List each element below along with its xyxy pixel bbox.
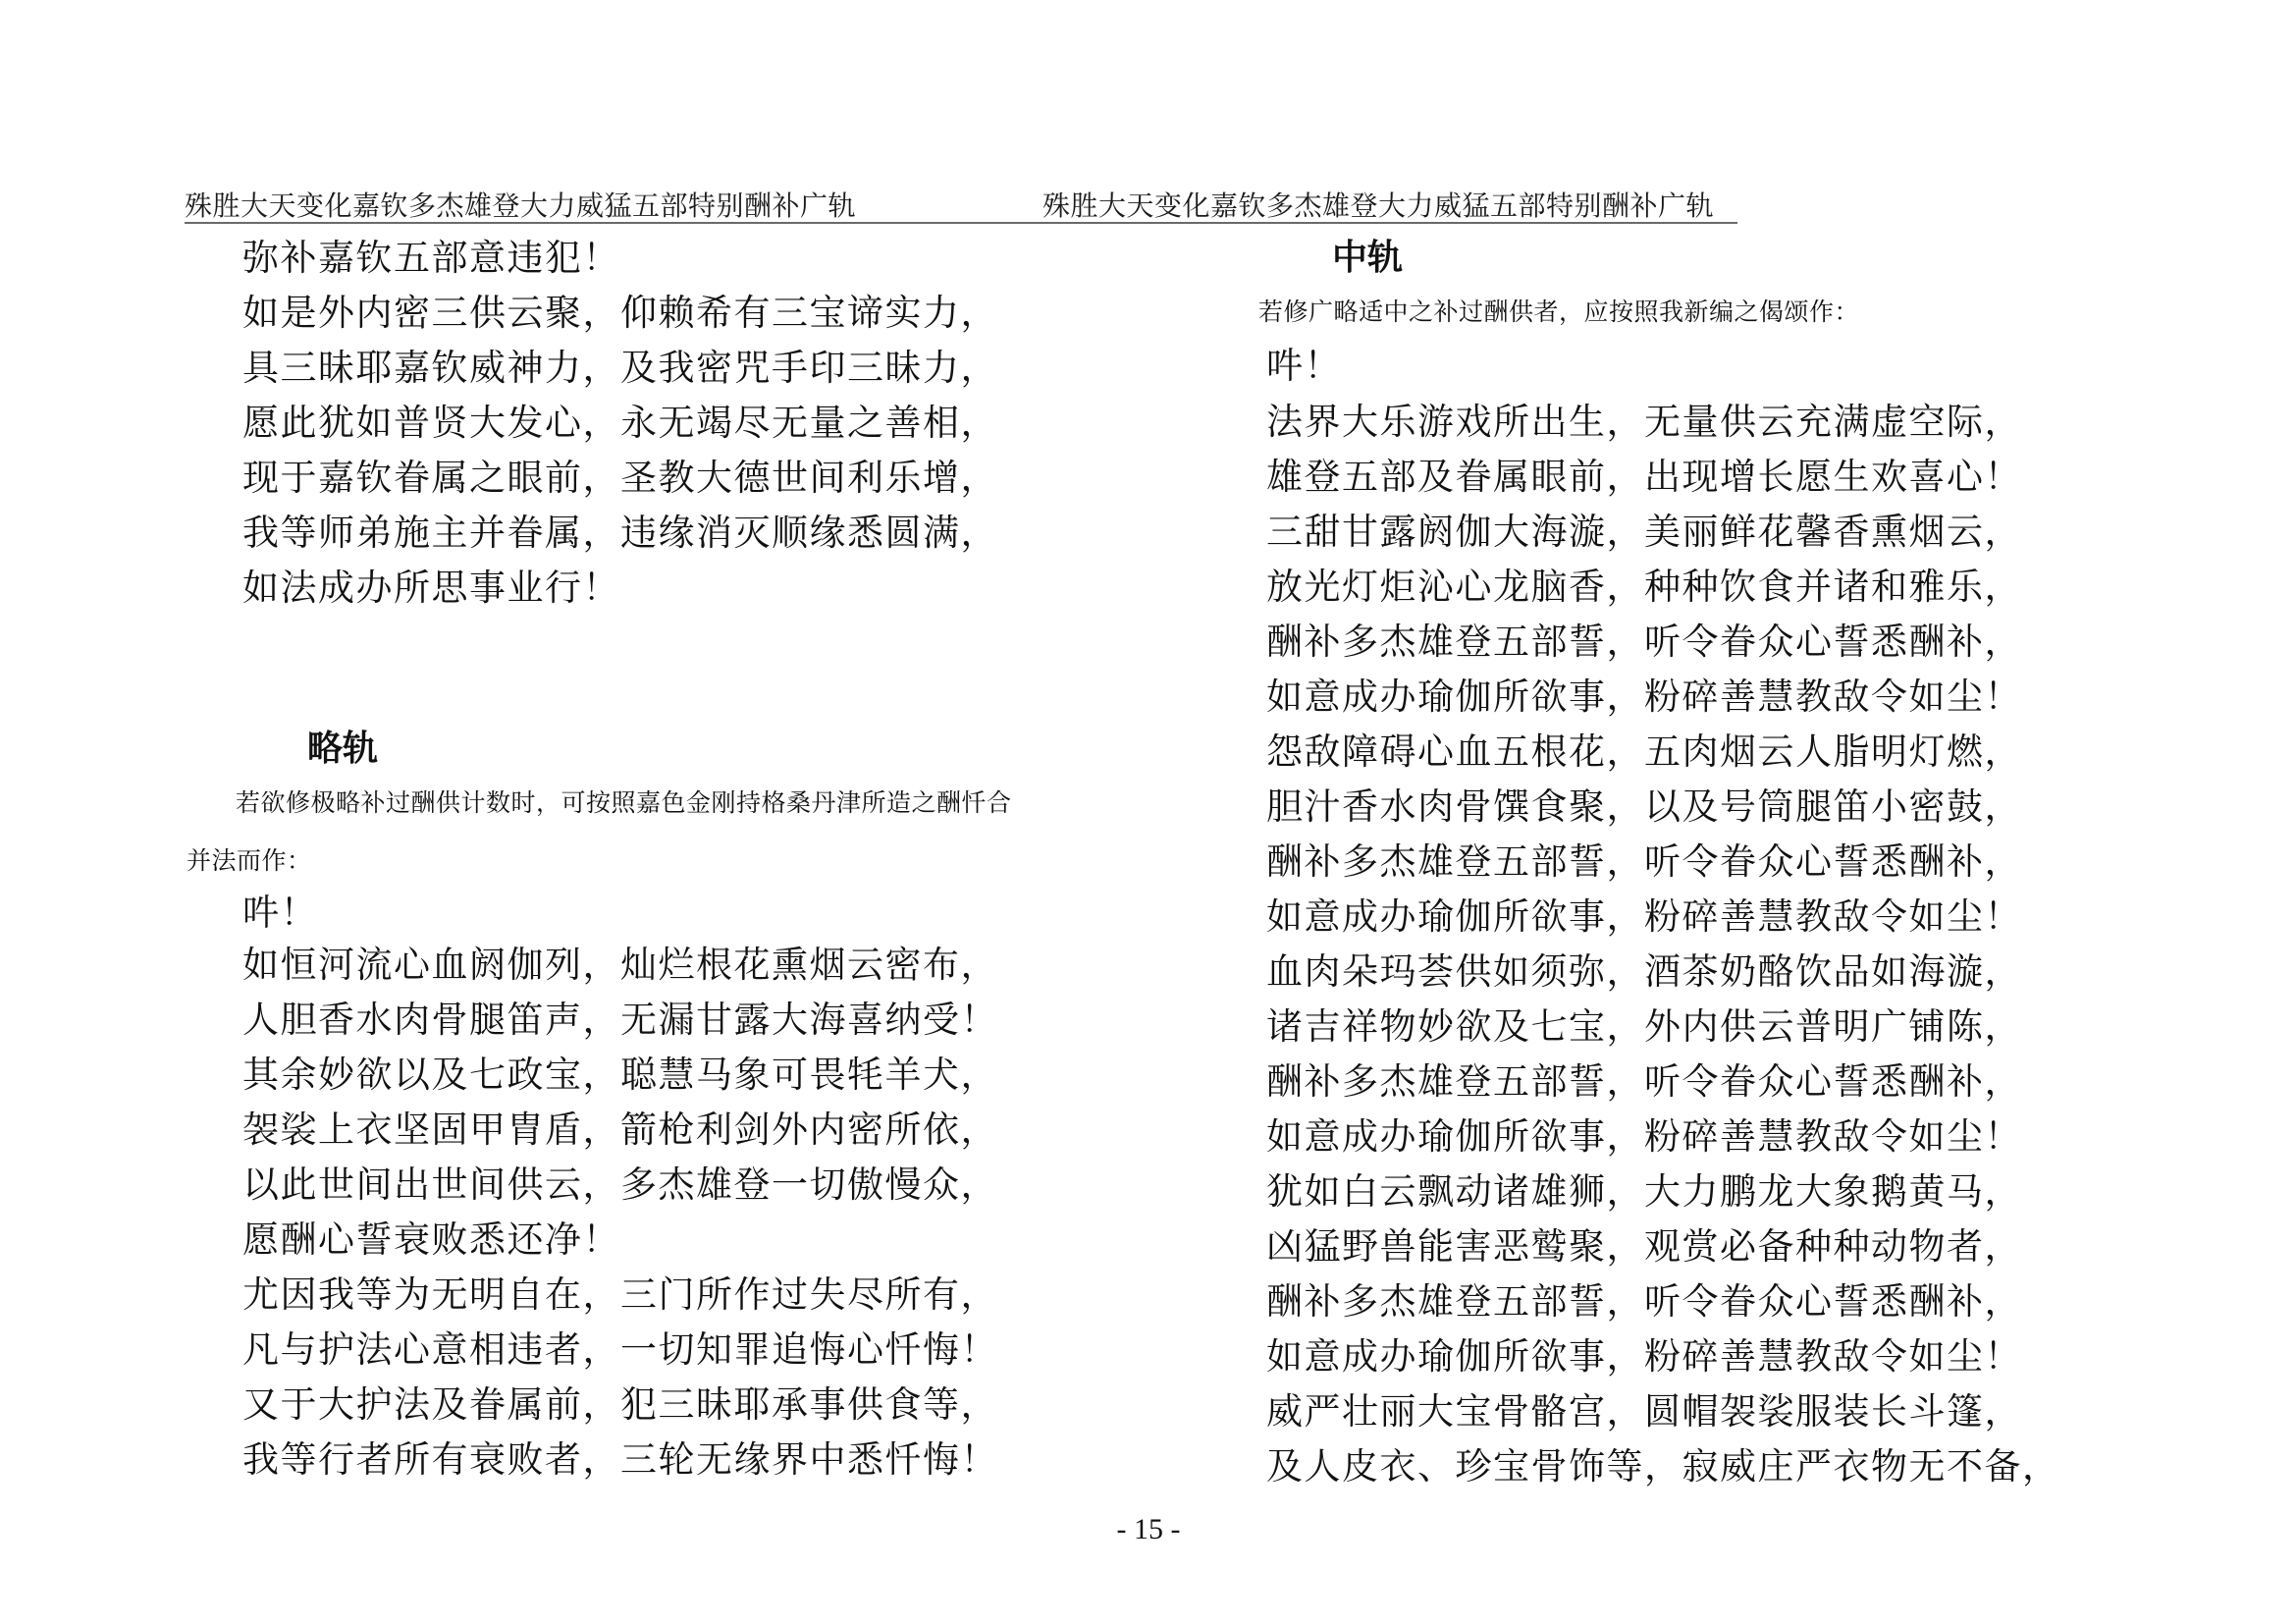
section-title-medium: 中轨 (1332, 236, 1403, 279)
verse-line: 如是外内密三供云聚，仰赖希有三宝谛实力， (242, 292, 998, 335)
verse-line: 人胆香水肉骨腿笛声，无漏甘露大海喜纳受！ (242, 999, 998, 1042)
section-intro-line: 若欲修极略补过酬供计数时，可按照嘉色金刚持格桑丹津所造之酬忏合 (236, 787, 1012, 819)
verse-line: 尤因我等为无明自在，三门所作过失尽所有， (242, 1273, 998, 1317)
verse-line: 诸吉祥物妙欲及七宝，外内供云普明广铺陈， (1266, 1005, 2022, 1049)
page-number: - 15 - (1099, 1512, 1198, 1547)
verse-line: 酬补多杰雄登五部誓，听令眷众心誓悉酬补， (1266, 1280, 2022, 1324)
section-intro-line: 若修广略适中之补过酬供者，应按照我新编之偈颂作： (1258, 297, 1859, 328)
running-header-left: 殊胜大天变化嘉钦多杰雄登大力威猛五部特别酬补广轨 (185, 189, 856, 223)
verse-line: 酬补多杰雄登五部誓，听令眷众心誓悉酬补， (1266, 621, 2022, 664)
verse-line: 放光灯炬沁心龙脑香，种种饮食并诸和雅乐， (1266, 566, 2022, 609)
verse-line: 弥补嘉钦五部意违犯！ (242, 237, 620, 280)
verse-line: 现于嘉钦眷属之眼前，圣教大德世间利乐增， (242, 457, 998, 500)
verse-line: 犹如白云飘动诸雄狮，大力鹏龙大象鹅黄马， (1266, 1170, 2022, 1214)
verse-line: 我等行者所有衰败者，三轮无缘界中悉忏悔！ (242, 1438, 998, 1482)
verse-line: 凡与护法心意相违者，一切知罪追悔心忏悔！ (242, 1328, 998, 1372)
verse-line: 如意成办瑜伽所欲事，粉碎善慧教敌令如尘！ (1266, 676, 2022, 719)
verse-line: 又于大护法及眷属前，犯三昧耶承事供食等， (242, 1383, 998, 1427)
verse-line: 酬补多杰雄登五部誓，听令眷众心誓悉酬补， (1266, 840, 2022, 884)
verse-line: 三甜甘露阏伽大海漩，美丽鲜花馨香熏烟云， (1266, 511, 2022, 554)
verse-line: 威严壮丽大宝骨骼宫，圆帽袈裟服装长斗篷， (1266, 1390, 2022, 1434)
verse-line: 怨敌障碍心血五根花，五肉烟云人脂明灯燃， (1266, 730, 2022, 774)
verse-line: 酬补多杰雄登五部誓，听令眷众心誓悉酬补， (1266, 1060, 2022, 1104)
verse-line: 凶猛野兽能害恶鹫聚，观赏必备种种动物者， (1266, 1225, 2022, 1269)
verse-line: 愿此犹如普贤大发心，永无竭尽无量之善相， (242, 402, 998, 445)
verse-line: 以此世间出世间供云，多杰雄登一切傲慢众， (242, 1163, 998, 1207)
verse-line: 胆汁香水肉骨馔食聚，以及号筒腿笛小密鼓， (1266, 785, 2022, 829)
verse-line: 法界大乐游戏所出生，无量供云充满虚空际， (1266, 401, 2022, 444)
verse-line: 如意成办瑜伽所欲事，粉碎善慧教敌令如尘！ (1266, 895, 2022, 939)
verse-line: 及人皮衣、珍宝骨饰等，寂威庄严衣物无不备， (1266, 1445, 2060, 1488)
verse-line: 愿酬心誓衰败悉还净！ (242, 1218, 620, 1262)
verse-line: 如法成办所思事业行！ (242, 567, 620, 610)
verse-line: 如意成办瑜伽所欲事，粉碎善慧教敌令如尘！ (1266, 1335, 2022, 1379)
verse-line: 如恒河流心血阏伽列，灿烂根花熏烟云密布， (242, 944, 998, 987)
running-header-right: 殊胜大天变化嘉钦多杰雄登大力威猛五部特别酬补广轨 (1042, 189, 1714, 223)
invocation: 吽！ (1266, 345, 1342, 388)
section-title-brief: 略轨 (307, 727, 378, 770)
section-intro-line: 并法而作： (187, 845, 312, 877)
invocation: 吽！ (242, 892, 318, 935)
verse-line: 袈裟上衣坚固甲胄盾，箭枪利剑外内密所依， (242, 1109, 998, 1152)
verse-line: 其余妙欲以及七政宝，聪慧马象可畏牦羊犬， (242, 1054, 998, 1097)
verse-line: 我等师弟施主并眷属，违缘消灭顺缘悉圆满， (242, 512, 998, 555)
verse-line: 如意成办瑜伽所欲事，粉碎善慧教敌令如尘！ (1266, 1115, 2022, 1159)
header-rule (185, 222, 1737, 224)
verse-line: 具三昧耶嘉钦威神力，及我密咒手印三昧力， (242, 347, 998, 390)
verse-line: 血肉朵玛荟供如须弥，酒茶奶酪饮品如海漩， (1266, 950, 2022, 994)
verse-line: 雄登五部及眷属眼前，出现增长愿生欢喜心！ (1266, 456, 2022, 499)
